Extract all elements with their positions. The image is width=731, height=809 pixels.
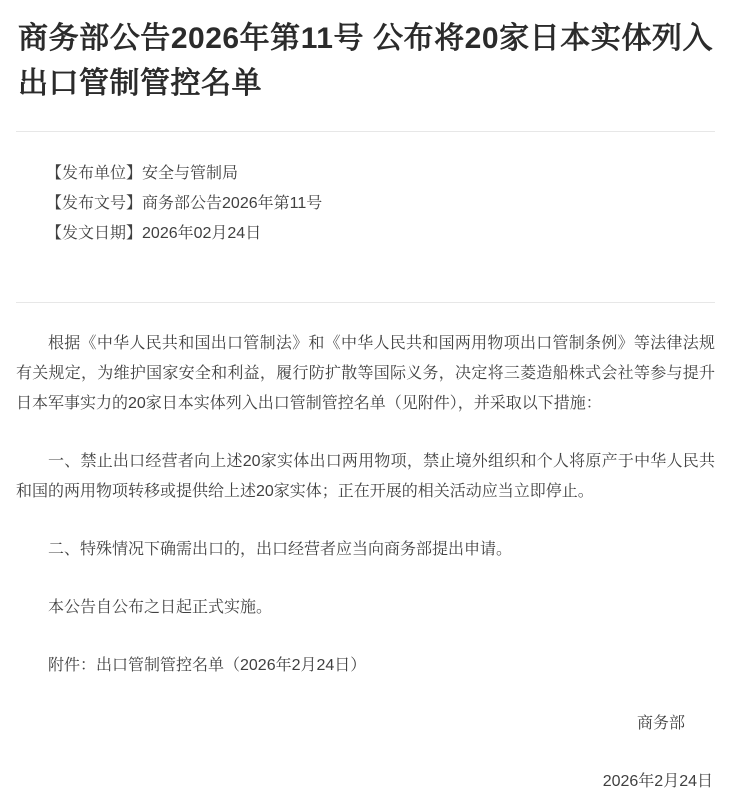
divider-meta-bottom [16,302,715,303]
paragraph-effective-date: 本公告自公布之日起正式实施。 [16,593,715,623]
meta-row-issue-date: 【发文日期】2026年02月24日 [46,219,715,249]
meta-doc-number-value: 商务部公告2026年第11号 [142,195,322,212]
meta-block: 【发布单位】安全与管制局 【发布文号】商务部公告2026年第11号 【发文日期】… [16,159,715,249]
attachment-line: 附件：出口管制管控名单（2026年2月24日） [16,651,715,681]
meta-issue-date-label: 【发文日期】 [46,225,142,242]
meta-publisher-label: 【发布单位】 [46,165,142,182]
meta-publisher-value: 安全与管制局 [142,165,238,182]
signature-issuer: 商务部 [16,709,715,739]
meta-row-publisher: 【发布单位】安全与管制局 [46,159,715,189]
signature-date: 2026年2月24日 [16,767,715,801]
page-title: 商务部公告2026年第11号 公布将20家日本实体列入出口管制管控名单 [16,16,715,106]
paragraph-measure-1: 一、禁止出口经营者向上述20家实体出口两用物项，禁止境外组织和个人将原产于中华人… [16,447,715,507]
announcement-body: 根据《中华人民共和国出口管制法》和《中华人民共和国两用物项出口管制条例》等法律法… [16,329,715,801]
meta-issue-date-value: 2026年02月24日 [142,225,261,242]
paragraph-measure-2: 二、特殊情况下确需出口的，出口经营者应当向商务部提出申请。 [16,535,715,565]
divider-title-bottom [16,131,715,132]
meta-row-doc-number: 【发布文号】商务部公告2026年第11号 [46,189,715,219]
paragraph-basis: 根据《中华人民共和国出口管制法》和《中华人民共和国两用物项出口管制条例》等法律法… [16,329,715,419]
announcement-page: 商务部公告2026年第11号 公布将20家日本实体列入出口管制管控名单 【发布单… [0,0,731,809]
meta-doc-number-label: 【发布文号】 [46,195,142,212]
